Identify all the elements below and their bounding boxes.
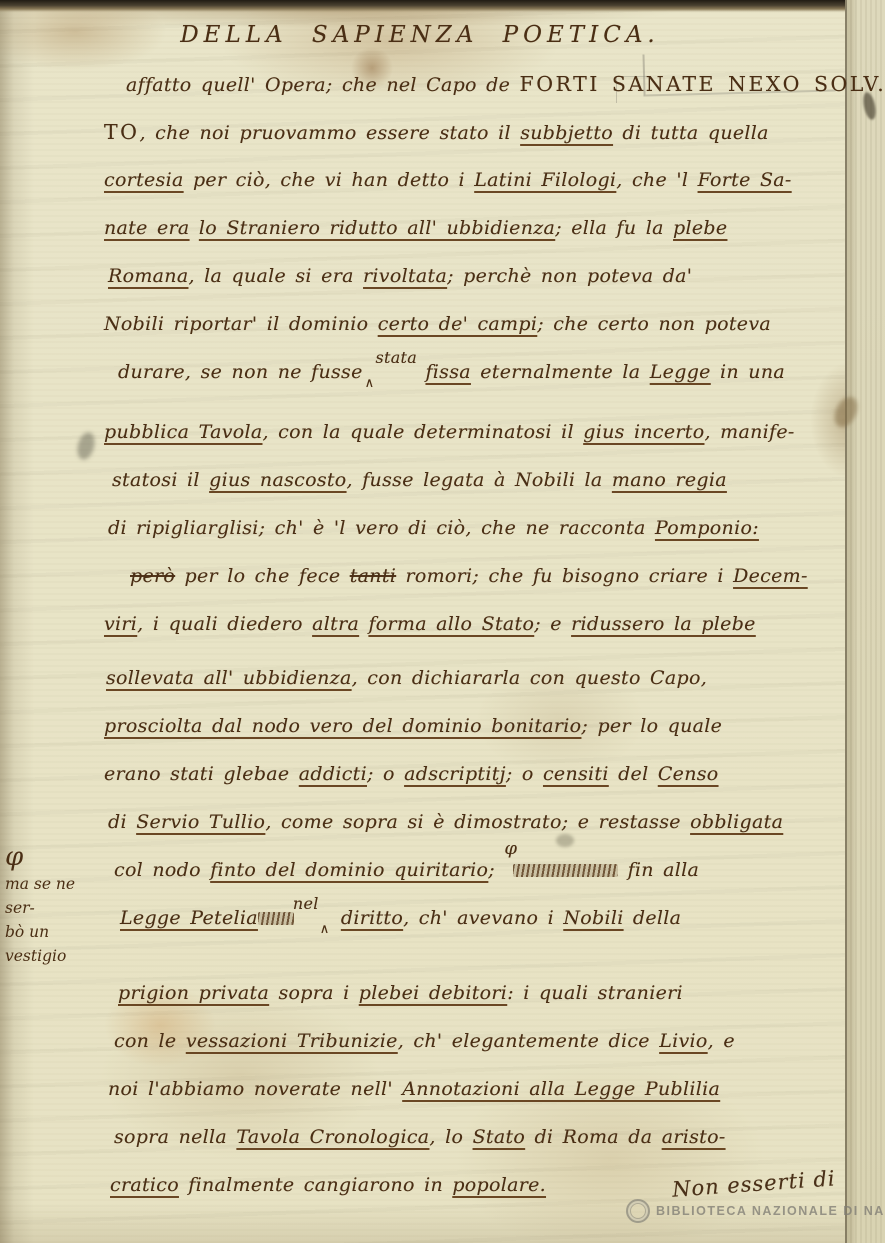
manuscript-text: Decem- bbox=[733, 565, 808, 587]
manuscript-scan-page: DELLA SAPIENZA POETICA. affatto quell' O… bbox=[0, 0, 885, 1243]
manuscript-text: censiti bbox=[543, 763, 609, 785]
manuscript-text: aristo- bbox=[662, 1126, 726, 1148]
manuscript-text: di tutta quella bbox=[613, 122, 769, 144]
manuscript-text: Nobili bbox=[563, 907, 623, 929]
manuscript-text: : i quali stranieri bbox=[507, 982, 683, 1004]
manuscript-text: nate era bbox=[104, 217, 190, 239]
manuscript-text: di Roma da bbox=[525, 1126, 662, 1148]
manuscript-text: pubblica Tavola bbox=[104, 421, 263, 443]
manuscript-text: statosi il bbox=[112, 469, 209, 491]
manuscript-text: ; perchè non poteva da' bbox=[447, 265, 692, 287]
manuscript-line: TO, che noi pruovammo essere stato il su… bbox=[104, 110, 846, 158]
manuscript-text: per lo che fece bbox=[175, 565, 350, 587]
manuscript-text: cratico bbox=[110, 1174, 179, 1196]
manuscript-line: viri, i quali diedero altra forma allo S… bbox=[104, 602, 846, 650]
manuscript-text: lo Straniero ridutto all' ubbidienza bbox=[199, 217, 555, 239]
manuscript-text: certo de' campi bbox=[378, 313, 537, 335]
manuscript-line: statosi il gius nascosto, fusse legata à… bbox=[104, 458, 846, 506]
page-title: DELLA SAPIENZA POETICA. bbox=[90, 22, 750, 48]
manuscript-text: Legge bbox=[650, 361, 711, 383]
caret-mark: ∧ bbox=[320, 922, 330, 937]
manuscript-text: Tavola Cronologica bbox=[236, 1126, 429, 1148]
crossed-out-scribble bbox=[258, 912, 294, 925]
manuscript-text: Romana bbox=[108, 265, 188, 287]
manuscript-text: ; bbox=[488, 859, 504, 881]
manuscript-text: ; e bbox=[534, 613, 571, 635]
manuscript-text: subbjetto bbox=[520, 122, 613, 144]
manuscript-text bbox=[190, 217, 199, 239]
manuscript-line: pubblica Tavola, con la quale determinat… bbox=[104, 410, 846, 458]
stamp-text: BIBLIOTECA NAZIONALE DI NAPOLI bbox=[656, 1204, 885, 1218]
manuscript-text: Stato bbox=[473, 1126, 526, 1148]
page-top-edge bbox=[0, 0, 885, 12]
manuscript-text: , come sopra si è dimostrato; e restasse bbox=[265, 811, 690, 833]
manuscript-text: plebe bbox=[673, 217, 727, 239]
phi-symbol: φ bbox=[5, 842, 103, 872]
manuscript-line: di ripigliarglisi; ch' è 'l vero di ciò,… bbox=[104, 506, 846, 554]
manuscript-line: Romana, la quale si era rivoltata; perch… bbox=[104, 254, 846, 302]
manuscript-text: ridussero la plebe bbox=[571, 613, 756, 635]
manuscript-line: durare, se non ne fusse∧stata fissa eter… bbox=[104, 350, 846, 398]
manuscript-text: ; o bbox=[506, 763, 543, 785]
manuscript-text: , lo bbox=[429, 1126, 472, 1148]
manuscript-line: prigion privata sopra i plebei debitori:… bbox=[104, 971, 846, 1019]
manuscript-text: Nobili riportar' il dominio bbox=[104, 313, 378, 335]
manuscript-text: Pomponio: bbox=[655, 517, 759, 539]
crossed-out-scribble bbox=[513, 864, 618, 877]
manuscript-text: , ch' avevano i bbox=[403, 907, 563, 929]
manuscript-text: forma allo Stato bbox=[368, 613, 534, 635]
manuscript-text: ; ella fu la bbox=[555, 217, 673, 239]
manuscript-text: plebei debitori bbox=[359, 982, 507, 1004]
manuscript-line: prosciolta dal nodo vero del dominio bon… bbox=[104, 704, 846, 752]
manuscript-text: finto del dominio quiritario bbox=[210, 859, 488, 881]
manuscript-text: ; o bbox=[367, 763, 404, 785]
manuscript-text: gius incerto bbox=[583, 421, 704, 443]
manuscript-text: eternalmente la bbox=[471, 361, 650, 383]
manuscript-text: sopra i bbox=[269, 982, 359, 1004]
ink-smudge bbox=[75, 430, 98, 461]
manuscript-text: ; che certo non poteva bbox=[537, 313, 771, 335]
manuscript-text: gius nascosto bbox=[209, 469, 346, 491]
manuscript-line: sopra nella Tavola Cronologica, lo Stato… bbox=[104, 1115, 846, 1163]
stamp-emblem-icon bbox=[626, 1199, 650, 1223]
manuscript-text: Latini Filologi bbox=[474, 169, 616, 191]
manuscript-text: Servio Tullio bbox=[136, 811, 265, 833]
manuscript-text: FORTI SANATE NEXO SOLV. bbox=[519, 72, 885, 96]
manuscript-text: , che noi pruovammo essere stato il bbox=[139, 122, 520, 144]
manuscript-text: prosciolta dal nodo vero del dominio bon… bbox=[104, 715, 581, 737]
struck-text: però bbox=[130, 565, 175, 587]
manuscript-text: TO bbox=[104, 120, 139, 144]
manuscript-text: altra bbox=[312, 613, 359, 635]
manuscript-text: di ripigliarglisi; ch' è 'l vero di ciò,… bbox=[108, 517, 655, 539]
manuscript-text: , fusse legata à Nobili la bbox=[347, 469, 612, 491]
manuscript-text: con le bbox=[114, 1030, 186, 1052]
manuscript-text: rivoltata bbox=[363, 265, 447, 287]
manuscript-text: Legge Petelia bbox=[120, 907, 258, 929]
manuscript-text: , manife- bbox=[704, 421, 794, 443]
manuscript-text: mano regia bbox=[612, 469, 727, 491]
manuscript-text: sopra nella bbox=[114, 1126, 236, 1148]
phi-mark: φ bbox=[504, 838, 517, 859]
manuscript-line: di Servio Tullio, come sopra si è dimost… bbox=[104, 800, 846, 848]
manuscript-text: , con dichiararla con questo Capo, bbox=[352, 667, 707, 689]
library-stamp: BIBLIOTECA NAZIONALE DI NAPOLI bbox=[626, 1198, 862, 1224]
manuscript-line: nate era lo Straniero ridutto all' ubbid… bbox=[104, 206, 846, 254]
inserted-word: stata bbox=[375, 348, 417, 367]
adjacent-page-edge bbox=[845, 0, 885, 1243]
manuscript-text: vessazioni Tribunizie bbox=[186, 1030, 398, 1052]
caret-mark: ∧ bbox=[365, 376, 375, 391]
manuscript-text: romori; che fu bisogno criare i bbox=[396, 565, 733, 587]
manuscript-text: viri bbox=[104, 613, 137, 635]
manuscript-text: cortesia bbox=[104, 169, 184, 191]
manuscript-line: Nobili riportar' il dominio certo de' ca… bbox=[104, 302, 846, 350]
manuscript-text: Livio bbox=[659, 1030, 707, 1052]
manuscript-text: , con la quale determinatosi il bbox=[263, 421, 584, 443]
manuscript-text: sollevata all' ubbidienza bbox=[106, 667, 352, 689]
manuscript-text: finalmente cangiarono in bbox=[179, 1174, 452, 1196]
manuscript-text: Forte Sa- bbox=[698, 169, 792, 191]
struck-text: tanti bbox=[350, 565, 396, 587]
manuscript-text: adscriptitj bbox=[404, 763, 506, 785]
manuscript-text: fin alla bbox=[618, 859, 699, 881]
manuscript-line: Legge Petelianel∧ diritto, ch' avevano i… bbox=[104, 896, 846, 944]
manuscript-line: erano stati glebae addicti; o adscriptit… bbox=[104, 752, 846, 800]
manuscript-text: noi l'abbiamo noverate nell' bbox=[108, 1078, 402, 1100]
manuscript-text: in una bbox=[711, 361, 785, 383]
manuscript-text: , la quale si era bbox=[188, 265, 363, 287]
manuscript-text: della bbox=[624, 907, 682, 929]
margin-note: φ ma se ne ser- bò un vestigio bbox=[5, 842, 103, 968]
manuscript-text: Censo bbox=[658, 763, 719, 785]
manuscript-text: fissa bbox=[425, 361, 470, 383]
manuscript-text: popolare. bbox=[452, 1174, 546, 1196]
manuscript-text: erano stati glebae bbox=[104, 763, 299, 785]
manuscript-text: prigion privata bbox=[118, 982, 269, 1004]
margin-note-line-1: ma se ne ser- bbox=[5, 872, 103, 920]
manuscript-text: affatto quell' Opera; che nel Capo de bbox=[126, 74, 519, 96]
manuscript-line: però per lo che fece tanti romori; che f… bbox=[104, 554, 846, 602]
manuscript-text: addicti bbox=[299, 763, 367, 785]
manuscript-text: per ciò, che vi han detto i bbox=[184, 169, 475, 191]
manuscript-text bbox=[332, 907, 341, 929]
manuscript-text: , che 'l bbox=[616, 169, 697, 191]
manuscript-text: durare, se non ne fusse bbox=[118, 361, 363, 383]
manuscript-text: , ch' elegantemente dice bbox=[398, 1030, 659, 1052]
manuscript-line: cortesia per ciò, che vi han detto i Lat… bbox=[104, 158, 846, 206]
manuscript-text: di bbox=[108, 811, 136, 833]
manuscript-body: affatto quell' Opera; che nel Capo de FO… bbox=[104, 62, 846, 1211]
inserted-word: nel bbox=[293, 894, 319, 913]
manuscript-text: , e bbox=[708, 1030, 735, 1052]
manuscript-line: affatto quell' Opera; che nel Capo de FO… bbox=[104, 62, 846, 110]
manuscript-text: , i quali diedero bbox=[137, 613, 312, 635]
manuscript-text: obbligata bbox=[690, 811, 783, 833]
manuscript-text: col nodo bbox=[114, 859, 210, 881]
manuscript-line: col nodo finto del dominio quiritario; φ… bbox=[104, 848, 846, 896]
manuscript-text: Annotazioni alla Legge Publilia bbox=[402, 1078, 720, 1100]
manuscript-text: ; per lo quale bbox=[581, 715, 722, 737]
manuscript-line: sollevata all' ubbidienza, con dichiarar… bbox=[104, 656, 846, 704]
manuscript-text: del bbox=[609, 763, 658, 785]
manuscript-line: noi l'abbiamo noverate nell' Annotazioni… bbox=[104, 1067, 846, 1115]
manuscript-text: diritto bbox=[341, 907, 403, 929]
margin-note-line-2: bò un vestigio bbox=[5, 920, 103, 968]
manuscript-line: con le vessazioni Tribunizie, ch' elegan… bbox=[104, 1019, 846, 1067]
